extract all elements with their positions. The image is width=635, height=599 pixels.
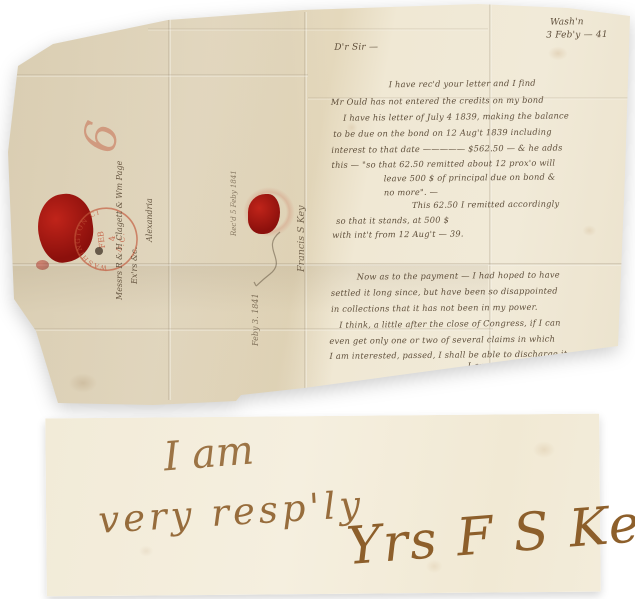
body-line: no more". — bbox=[384, 187, 438, 198]
salutation: D'r Sir — bbox=[334, 42, 378, 52]
body-line: leave 500 $ of principal due on bond & bbox=[384, 172, 556, 184]
dateline-date: 3 Feb'y — 41 bbox=[546, 30, 608, 41]
signature-closeup-photo: I am very resp'ly Yrs F S Key bbox=[45, 414, 601, 597]
body-line: I have rec'd your letter and I find bbox=[389, 78, 536, 90]
body-line: with int't from 12 Aug't — 39. bbox=[332, 229, 464, 240]
body-line: This 62.50 I remitted accordingly bbox=[412, 198, 560, 210]
body-line: interest to that date ————— $562.50 — & … bbox=[331, 142, 562, 154]
closing-closeup-line: I am bbox=[162, 428, 256, 481]
body-line: I am interested, passed, I shall be able… bbox=[329, 348, 570, 361]
dateline-place: Wash'n bbox=[550, 17, 584, 27]
autograph-letter-listing-photo: WASHINGTON CITY D.C. FEB 4 6 Messrs R & … bbox=[0, 0, 635, 599]
closing-closeup-line: very resp'ly bbox=[97, 483, 365, 542]
body-line: so that it stands, at 500 $ bbox=[336, 215, 449, 226]
letter-sheet: WASHINGTON CITY D.C. FEB 4 6 Messrs R & … bbox=[8, 4, 633, 416]
body-line: Now as to the payment — I had hoped to h… bbox=[357, 269, 560, 281]
unfolded-letter-photo: WASHINGTON CITY D.C. FEB 4 6 Messrs R & … bbox=[8, 4, 633, 416]
body-line: even get only one or two of several clai… bbox=[329, 334, 555, 346]
closing-line: I am bbox=[468, 360, 488, 370]
body-line: Mr Ould has not entered the credits on m… bbox=[331, 95, 544, 107]
signature-closeup: Yrs F S Key bbox=[344, 492, 635, 577]
body-line: settled it long since, but have been so … bbox=[331, 286, 558, 298]
body-line: I think, a little after the close of Con… bbox=[339, 317, 561, 329]
signature: Yrs F S Key bbox=[494, 380, 558, 393]
body-line: in collections that it has not been in m… bbox=[331, 302, 538, 314]
body-line: I have his letter of July 4 1839, making… bbox=[343, 110, 569, 122]
letter-text: Wash'n 3 Feb'y — 41 D'r Sir — I have rec… bbox=[6, 1, 635, 420]
body-line: this — "so that 62.50 remitted about 12 … bbox=[331, 158, 555, 170]
body-line: to be due on the bond on 12 Aug't 1839 i… bbox=[333, 127, 552, 139]
closing-line: very resp'ly bbox=[450, 370, 501, 381]
